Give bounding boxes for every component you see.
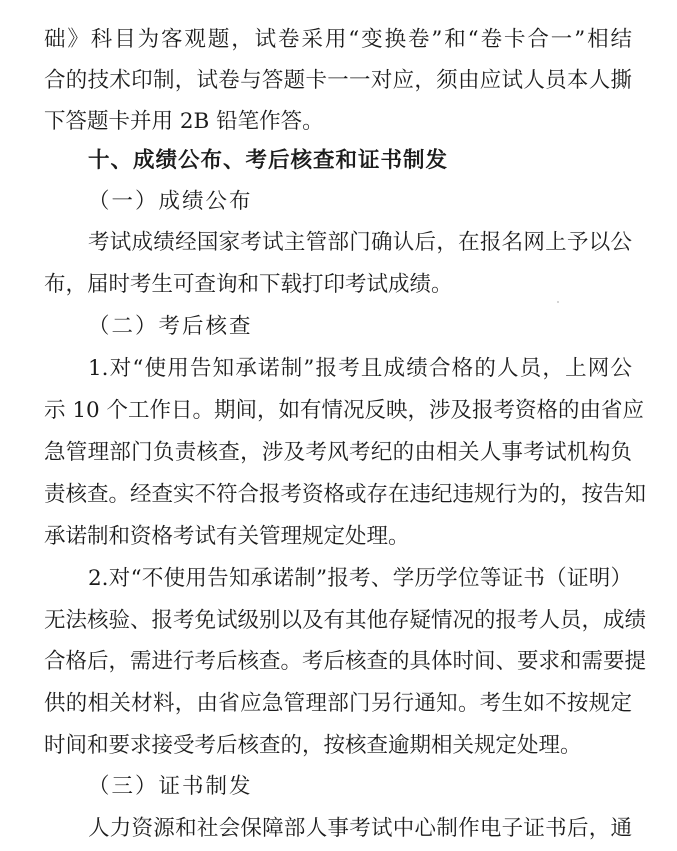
paragraph-line: 合的技术印制，试卷与答题卡一一对应，须由应试人员本人撕 [44, 66, 632, 96]
paragraph-line: 无法核验、报考免试级别以及有其他存疑情况的报考人员，成绩 [44, 606, 632, 636]
paragraph-line: 人力资源和社会保障部人事考试中心制作电子证书后，通 [88, 814, 632, 844]
document-page: 础》科目为客观题，试卷采用“变换卷”和“卷卡合一”相结 合的技术印制，试卷与答题… [0, 0, 677, 851]
paragraph-line: 时间和要求接受考后核查的，按核查逾期相关规定处理。 [44, 731, 632, 761]
paragraph-line: 础》科目为客观题，试卷采用“变换卷”和“卷卡合一”相结 [44, 25, 632, 55]
subsection-heading-score-publication: （一）成绩公布 [88, 187, 253, 217]
paragraph-line: 急管理部门负责核查，涉及考风考纪的由相关人事考试机构负 [44, 438, 632, 468]
paragraph-line: 责核查。经查实不符合报考资格或存在违纪违规行为的，按告知 [44, 480, 632, 510]
scan-speck [557, 301, 559, 303]
subsection-heading-post-exam-review: （二）考后核查 [88, 312, 253, 342]
paragraph-line: 下答题卡并用 2B 铅笔作答。 [44, 107, 632, 137]
paragraph-line: 2.对“不使用告知承诺制”报考、学历学位等证书（证明） [88, 564, 632, 594]
section-heading: 十、成绩公布、考后核查和证书制发 [88, 146, 448, 176]
paragraph-line: 1.对“使用告知承诺制”报考且成绩合格的人员，上网公 [88, 354, 632, 384]
paragraph-line: 承诺制和资格考试有关管理规定处理。 [44, 522, 632, 552]
paragraph-line: 考试成绩经国家考试主管部门确认后，在报名网上予以公 [88, 228, 632, 258]
paragraph-line: 布，届时考生可查询和下载打印考试成绩。 [44, 270, 632, 300]
paragraph-line: 供的相关材料，由省应急管理部门另行通知。考生如不按规定 [44, 689, 632, 719]
paragraph-line: 合格后，需进行考后核查。考后核查的具体时间、要求和需要提 [44, 647, 632, 677]
paragraph-line: 示 10 个工作日。期间，如有情况反映，涉及报考资格的由省应 [44, 396, 632, 426]
subsection-heading-certificate-issuance: （三）证书制发 [88, 772, 253, 802]
